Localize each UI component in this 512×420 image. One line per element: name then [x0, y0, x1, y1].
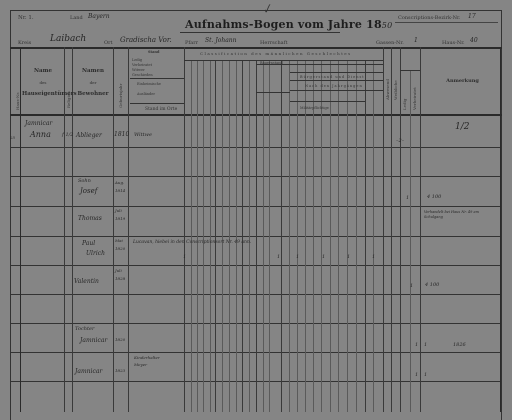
kreis-label: Kreis	[18, 40, 31, 46]
gassen-value: 1	[414, 37, 418, 44]
stand-row-label: Verheiratet	[132, 63, 152, 67]
row-mark: 1	[347, 254, 350, 260]
remark-cell: 4 100	[425, 282, 439, 288]
col-line	[64, 47, 65, 412]
sub-rule	[290, 72, 383, 73]
col-line	[113, 47, 114, 412]
col-line	[330, 60, 331, 412]
einheimisch-label: Einheimische	[137, 82, 161, 86]
col-line	[400, 47, 401, 412]
row-mark: 1	[410, 283, 413, 289]
abwesend-header: Abwesend	[385, 79, 390, 100]
birth-month: Aug.	[115, 180, 124, 185]
verheiratet-header: Verheiratet	[412, 87, 417, 110]
stand-rule	[130, 78, 184, 79]
house-number-header: Haus-Nr.	[15, 92, 20, 110]
col-line	[215, 60, 216, 412]
col-line	[242, 60, 243, 412]
resident-name: Thomas	[78, 215, 102, 222]
pfarr-label: Pfarr	[185, 40, 198, 46]
col-line	[365, 60, 366, 412]
birthyear-header: Geburtsjahr	[118, 84, 123, 108]
birth-year: 1814	[115, 188, 125, 193]
owner-name-line1: Jamnicar	[25, 120, 52, 127]
sub-rule	[290, 90, 383, 91]
col-line	[203, 60, 204, 412]
form-number: Nr. 1.	[18, 15, 34, 21]
resident-name: Valentin	[74, 278, 99, 285]
remarks-header: Anmerkung	[425, 78, 500, 84]
col-line	[289, 60, 290, 412]
resident-name-line2: Ulrich	[86, 250, 105, 257]
birth-month: Juli	[115, 208, 122, 213]
stand-rule	[130, 103, 184, 104]
col-line	[297, 60, 298, 412]
col-line	[383, 47, 384, 412]
status-line2: Meyer	[134, 362, 147, 367]
row-mark: 1	[183, 254, 186, 260]
herrschaft-label: Herrschaft	[260, 40, 288, 46]
row-mark: 1	[424, 342, 427, 348]
col-line	[222, 60, 223, 412]
remark-cell: 1/2	[455, 122, 469, 132]
district-label: Conscriptions-Bezirk-Nr.	[398, 15, 460, 21]
col-line	[305, 60, 306, 412]
haus-label: Haus-Nr.	[442, 40, 465, 46]
col-line	[256, 60, 257, 412]
col-line	[184, 47, 185, 412]
district-underline	[395, 22, 498, 23]
col-line	[338, 60, 339, 412]
row-mark: 1	[424, 372, 427, 378]
remark-cell: Verhandelt bei Haus Nr. 49 am Schulgang	[424, 210, 496, 220]
house-number-cell: 25	[10, 135, 15, 140]
row-mark: –2–	[396, 138, 404, 144]
owner-name-line2: Anna	[30, 130, 51, 139]
stand-header: Stand	[148, 50, 159, 54]
ort-value: Gradischa Vor.	[120, 36, 172, 44]
title-underline	[180, 32, 340, 33]
header-rule	[10, 47, 502, 49]
col-line	[356, 60, 357, 412]
haus-value: 40	[470, 37, 478, 44]
stand-row-label: Ledig	[132, 58, 142, 62]
col-line	[281, 60, 282, 412]
birth-year: 1820	[115, 337, 125, 342]
auslaender-label: Ausländer	[137, 92, 155, 96]
col-line	[197, 60, 198, 412]
stand-row-label: Geschieden	[132, 73, 153, 77]
resident-name-line1: Paul	[82, 240, 95, 247]
ort-label: Ort	[104, 40, 113, 46]
col-line	[249, 60, 250, 412]
weiblich-header: Weibliche	[393, 80, 398, 100]
stand-im-orte-label: Stand im Orte	[145, 107, 177, 112]
row-mark: 1	[277, 254, 280, 260]
classification-rule	[184, 60, 383, 61]
col-line	[410, 70, 411, 412]
birth-year: 1819	[115, 216, 125, 221]
col-line	[500, 47, 501, 412]
district-value: 17	[468, 13, 476, 20]
col-line	[263, 60, 264, 412]
resident-name: Ablieger	[76, 132, 102, 139]
religion-header: Religion	[66, 91, 71, 108]
resident-name: Jamnicar	[75, 368, 102, 375]
birth-year: 1823	[115, 368, 125, 373]
col-line	[20, 47, 21, 412]
gassen-label: Gassen-Nr.	[376, 40, 404, 46]
birth-month: Juli	[115, 268, 122, 273]
row-mark: 1	[296, 254, 299, 260]
col-line	[391, 47, 392, 412]
col-line	[229, 60, 230, 412]
status-line1: Kinderhalter	[134, 355, 160, 360]
row-mark: 1	[415, 342, 418, 348]
birth-year: 1828	[115, 276, 125, 281]
birth-year: 1820	[115, 246, 125, 251]
col-line	[72, 47, 73, 412]
col-line	[373, 60, 374, 412]
row-mark: 1	[372, 254, 375, 260]
col-line	[236, 60, 237, 412]
sub-rule	[290, 101, 365, 102]
col-line	[191, 60, 192, 412]
land-label: Land	[70, 15, 83, 21]
col-line	[313, 60, 314, 412]
buergerstand-header: Bürgerstand und Dienst	[300, 75, 365, 79]
row-mark: 1	[406, 195, 409, 201]
resident-name-line2: Jamnicar	[80, 337, 107, 344]
land-value: Bayern	[88, 13, 110, 20]
page-title: Aufnahms-Bogen vom Jahre 1850	[185, 18, 392, 31]
sub-rule	[400, 70, 420, 71]
classification-header: Classification des männlichen Geschlecht…	[200, 51, 352, 56]
row-mark: 1	[415, 372, 418, 378]
resident-name-line1: Sohn	[78, 178, 91, 184]
scanned-census-form: Nr. 1. Land Bayern Aufnahms-Bogen vom Ja…	[0, 0, 512, 420]
status-cell: Lucavan, hiebei in den Conscriptionsort …	[133, 240, 251, 245]
remark-cell: 1826	[453, 342, 466, 348]
col-line	[269, 60, 270, 412]
militaer-header: Militärpflichtige	[300, 106, 329, 110]
sub-rule	[290, 80, 383, 81]
pfarr-value: St. Johann	[205, 37, 237, 44]
stand-row-label: Witwer	[132, 68, 145, 72]
residents-header: Namen der Bewohner	[73, 68, 113, 97]
remark-cell: 4 100	[427, 194, 441, 200]
col-line	[128, 47, 129, 412]
row-mark: 1	[322, 254, 325, 260]
ledig-header: Ledig	[402, 99, 407, 110]
col-line	[347, 60, 348, 412]
resident-name-line1: Tochter	[75, 326, 94, 332]
owner-header: Name des Hauseigentümers	[22, 68, 64, 97]
col-line	[420, 47, 421, 412]
jahrgaenge-header: Nach den Jahrgängen	[305, 84, 363, 88]
birth-month: Mai	[115, 238, 123, 243]
kreis-value: Laibach	[50, 34, 86, 44]
owner-share: f 1/2	[62, 132, 74, 138]
status-cell: Wittwe	[134, 132, 152, 138]
sub-rule	[256, 92, 290, 93]
col-line	[321, 60, 322, 412]
resident-name-line2: Josef	[80, 187, 97, 195]
bauernstand-header: Bauernstand	[260, 61, 283, 65]
birth-year: 1810	[114, 131, 129, 138]
col-line	[210, 60, 211, 412]
